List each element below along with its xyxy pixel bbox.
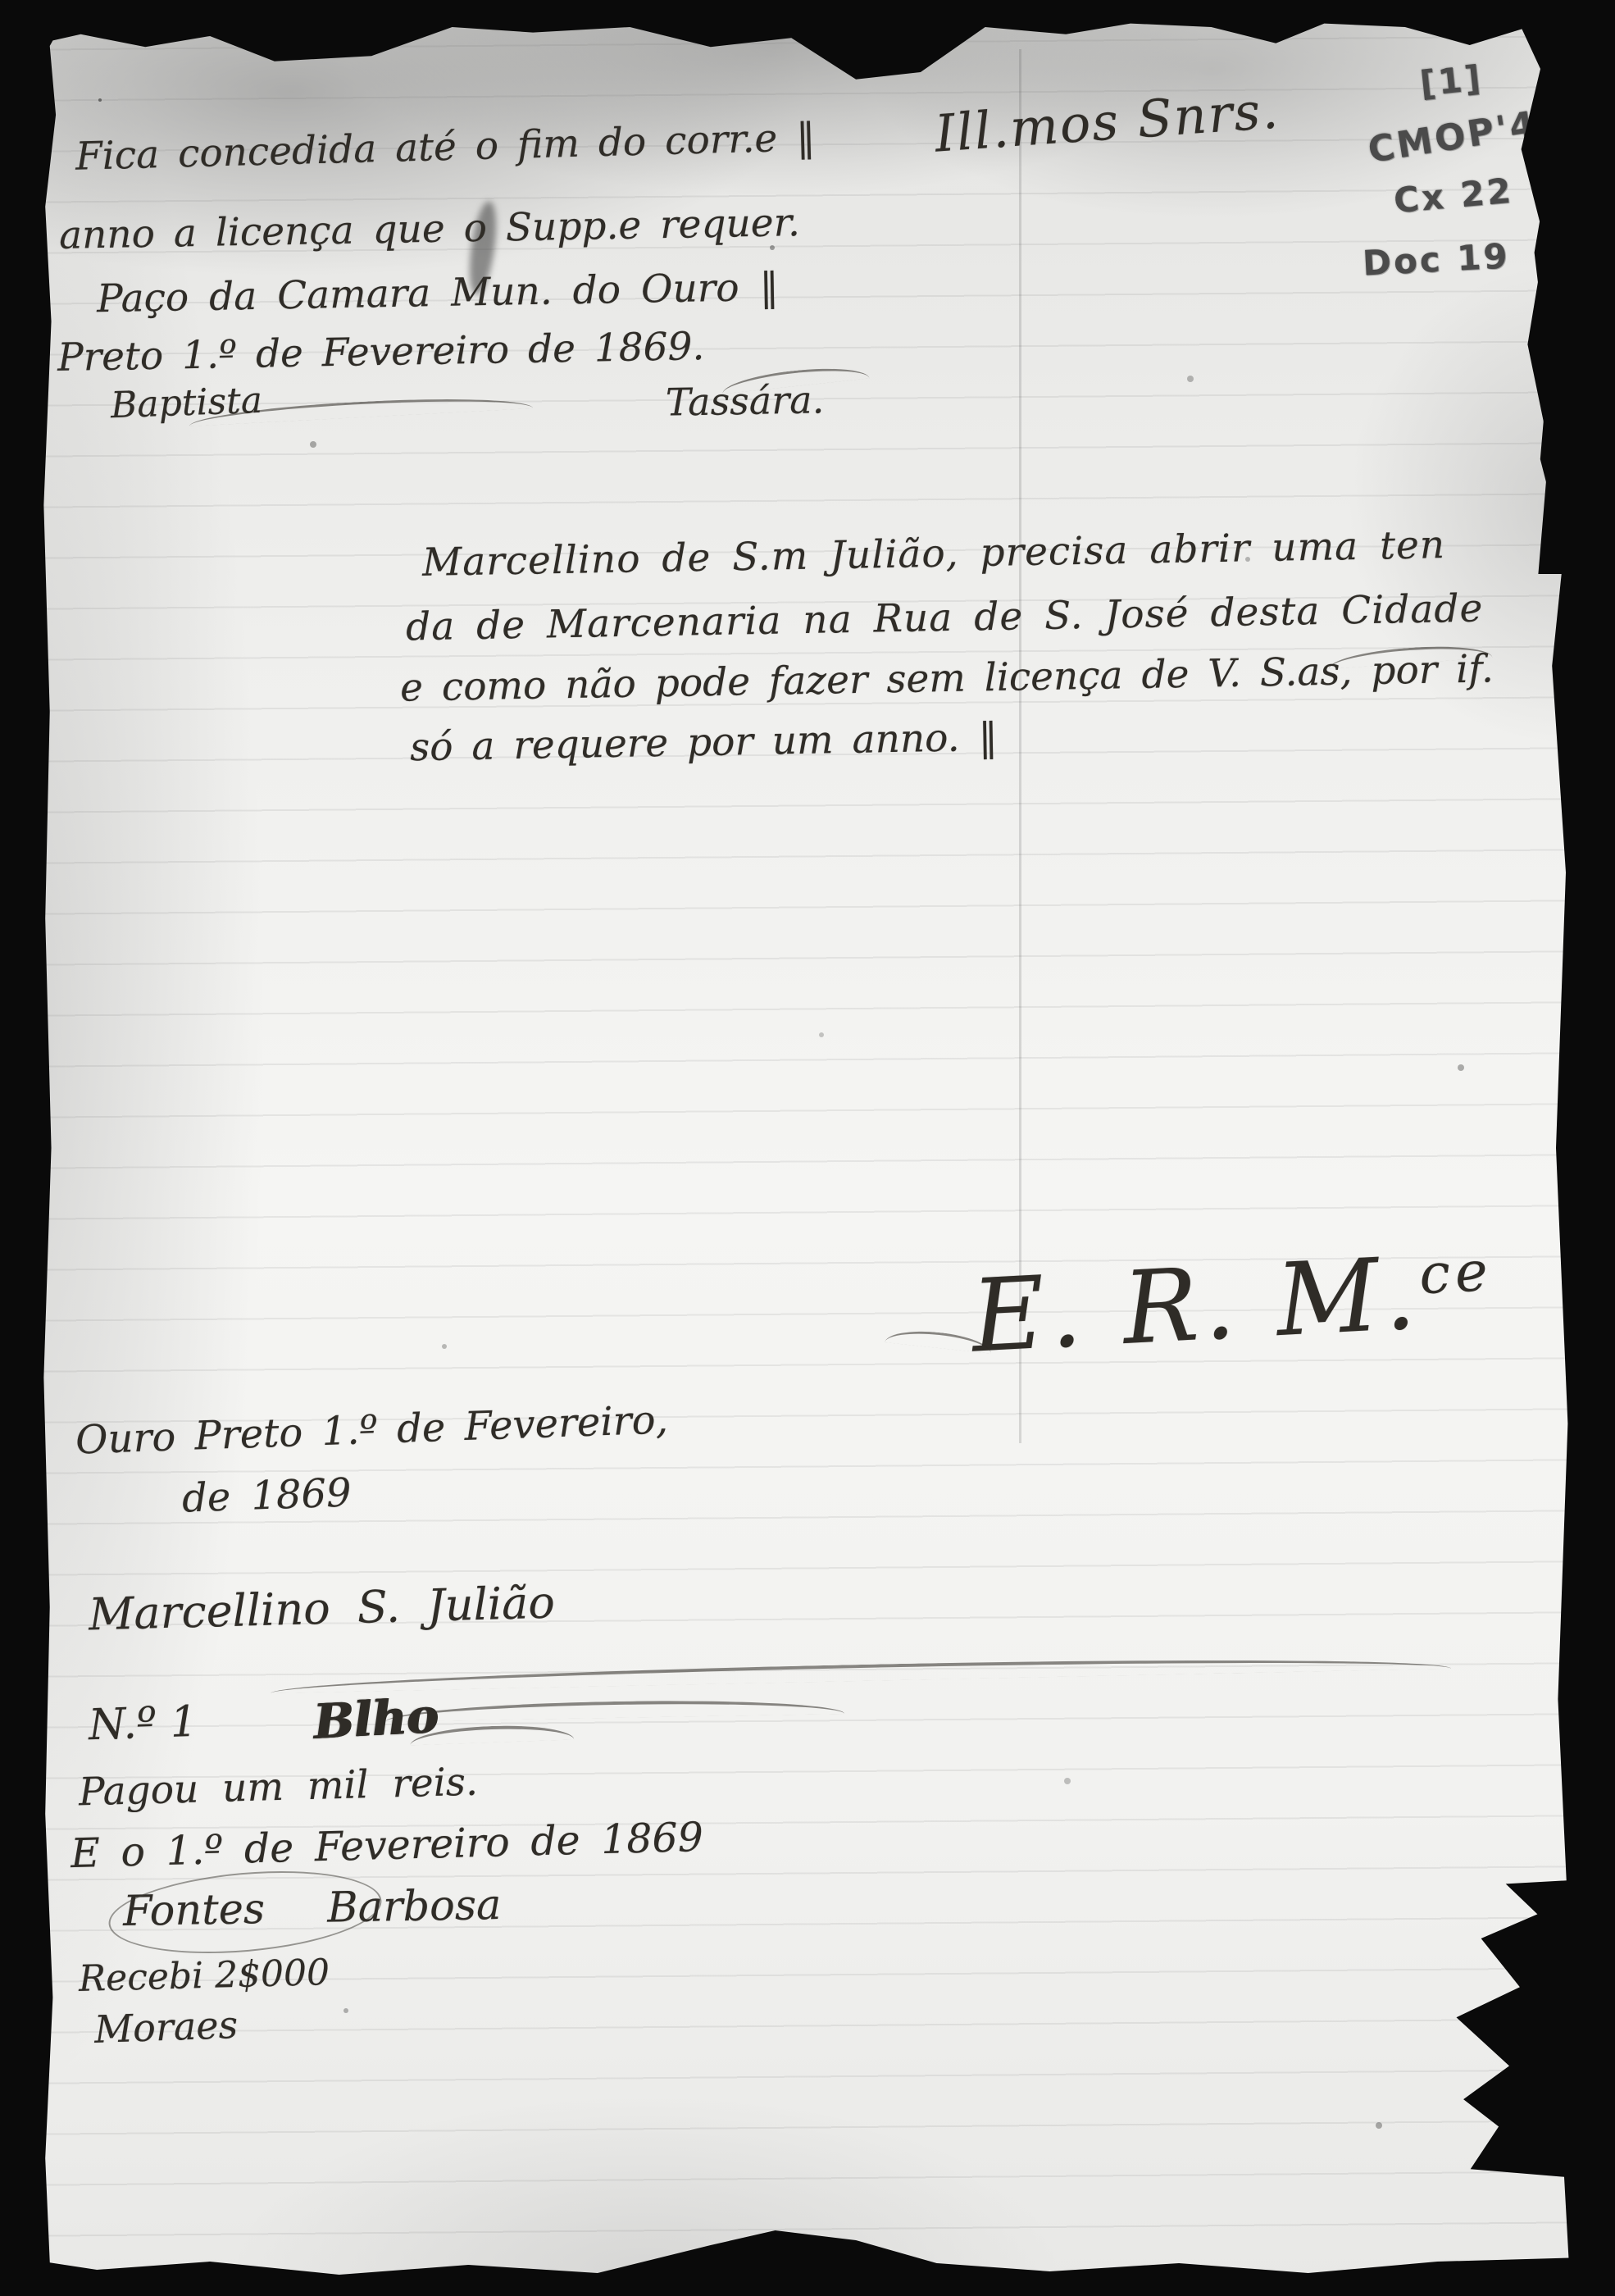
fold-crease [1019, 49, 1021, 1443]
scanned-document: Fica concedida até o fim do corr.e ‖ ann… [0, 0, 1615, 2296]
signature-tassara: Tassára. [666, 377, 825, 424]
receipt-signature: Moraes [93, 2002, 239, 2052]
fee-number: N.º 1 [88, 1697, 198, 1751]
date-line-2: de 1869 [181, 1469, 352, 1521]
closing-erm-main: E. R. M. [969, 1235, 1423, 1374]
closing-erm-superscript: ce [1417, 1239, 1494, 1307]
receipt-line: Recebi 2$000 [78, 1952, 330, 2000]
archive-mark-bracket1: [1] [1418, 57, 1485, 104]
archive-mark-doc: Doc 19 [1362, 235, 1511, 283]
scan-speckles [98, 98, 102, 102]
